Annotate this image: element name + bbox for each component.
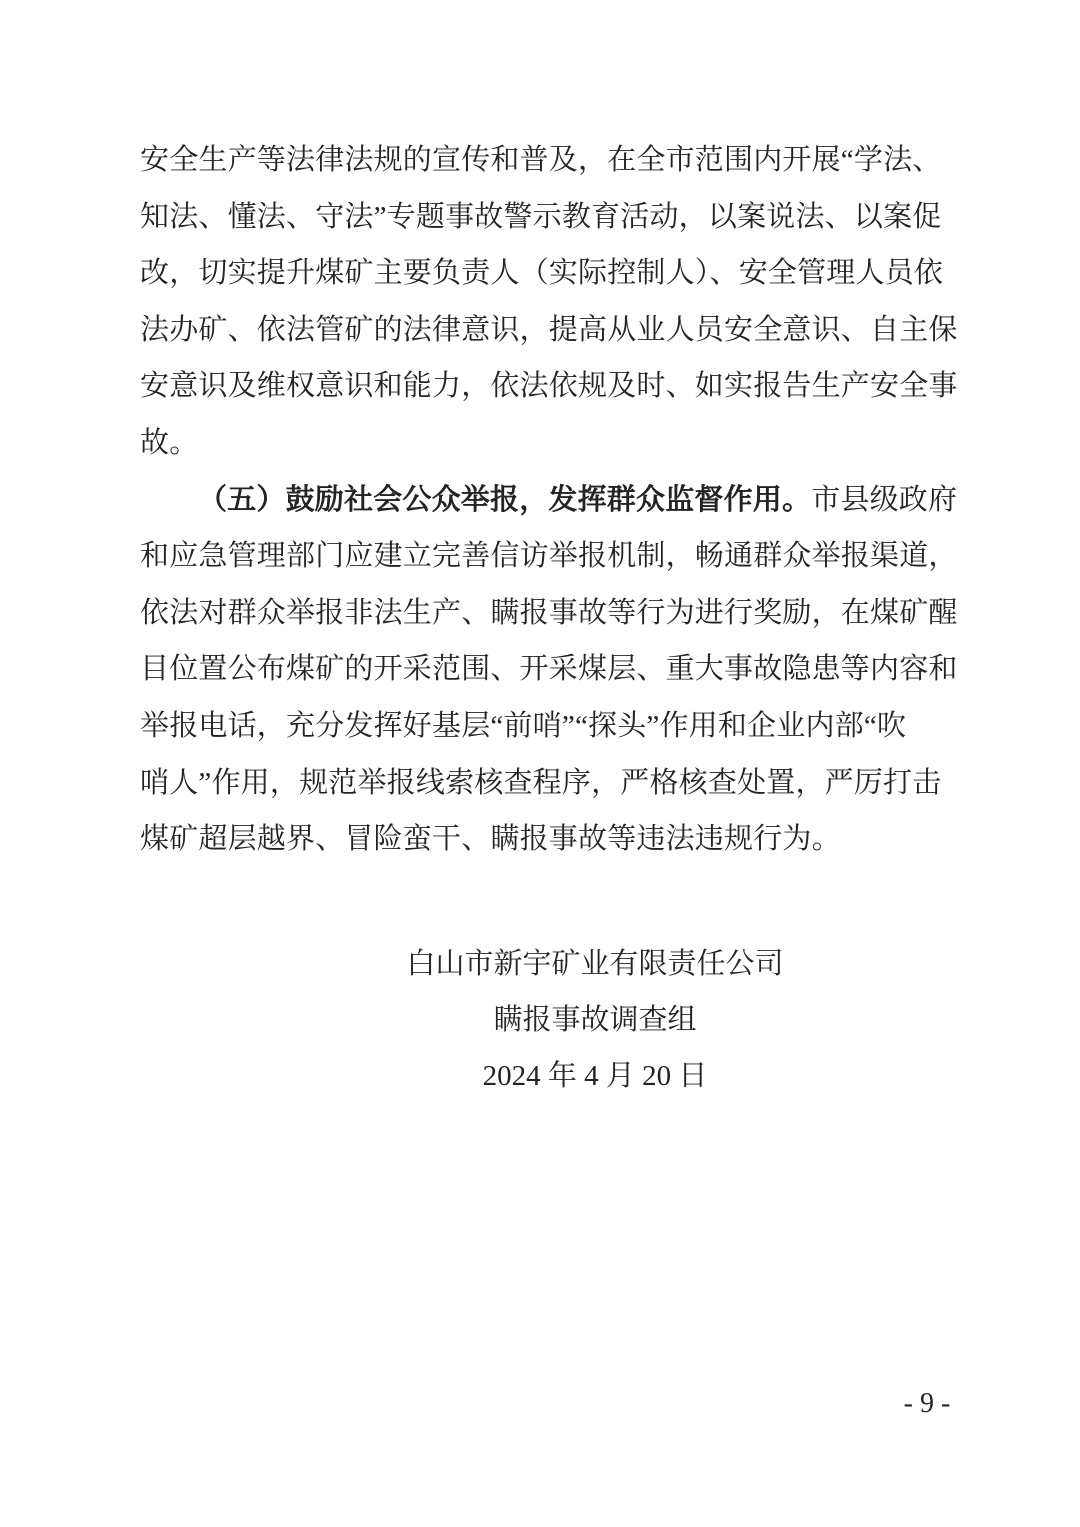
paragraph-continuation: 安全生产等法律法规的宣传和普及，在全市范围内开展“学法、 知法、懂法、守法”专题… (140, 132, 958, 472)
signature-company: 白山市新宇矿业有限责任公司 (406, 936, 783, 992)
signature-group: 瞒报事故调查组 (406, 992, 783, 1048)
signature-block: 白山市新宇矿业有限责任公司 瞒报事故调查组 2024 年 4 月 20 日 (406, 936, 783, 1104)
document-body: 安全生产等法律法规的宣传和普及，在全市范围内开展“学法、 知法、懂法、守法”专题… (140, 132, 958, 868)
page-number: - 9 - (862, 1388, 992, 1420)
signature-date: 2024 年 4 月 20 日 (406, 1048, 783, 1104)
paragraph-item-5: （五）鼓励社会公众举报，发挥群众监督作用。市县级政府 和应急管理部门应建立完善信… (140, 472, 958, 868)
paragraph-item-5-heading: （五）鼓励社会公众举报，发挥群众监督作用。 (198, 484, 811, 516)
document-page: 安全生产等法律法规的宣传和普及，在全市范围内开展“学法、 知法、懂法、守法”专题… (0, 0, 1080, 1527)
paragraph-item-5-text: 市县级政府 和应急管理部门应建立完善信访举报机制，畅通群众举报渠道， 依法对群众… (140, 484, 958, 856)
